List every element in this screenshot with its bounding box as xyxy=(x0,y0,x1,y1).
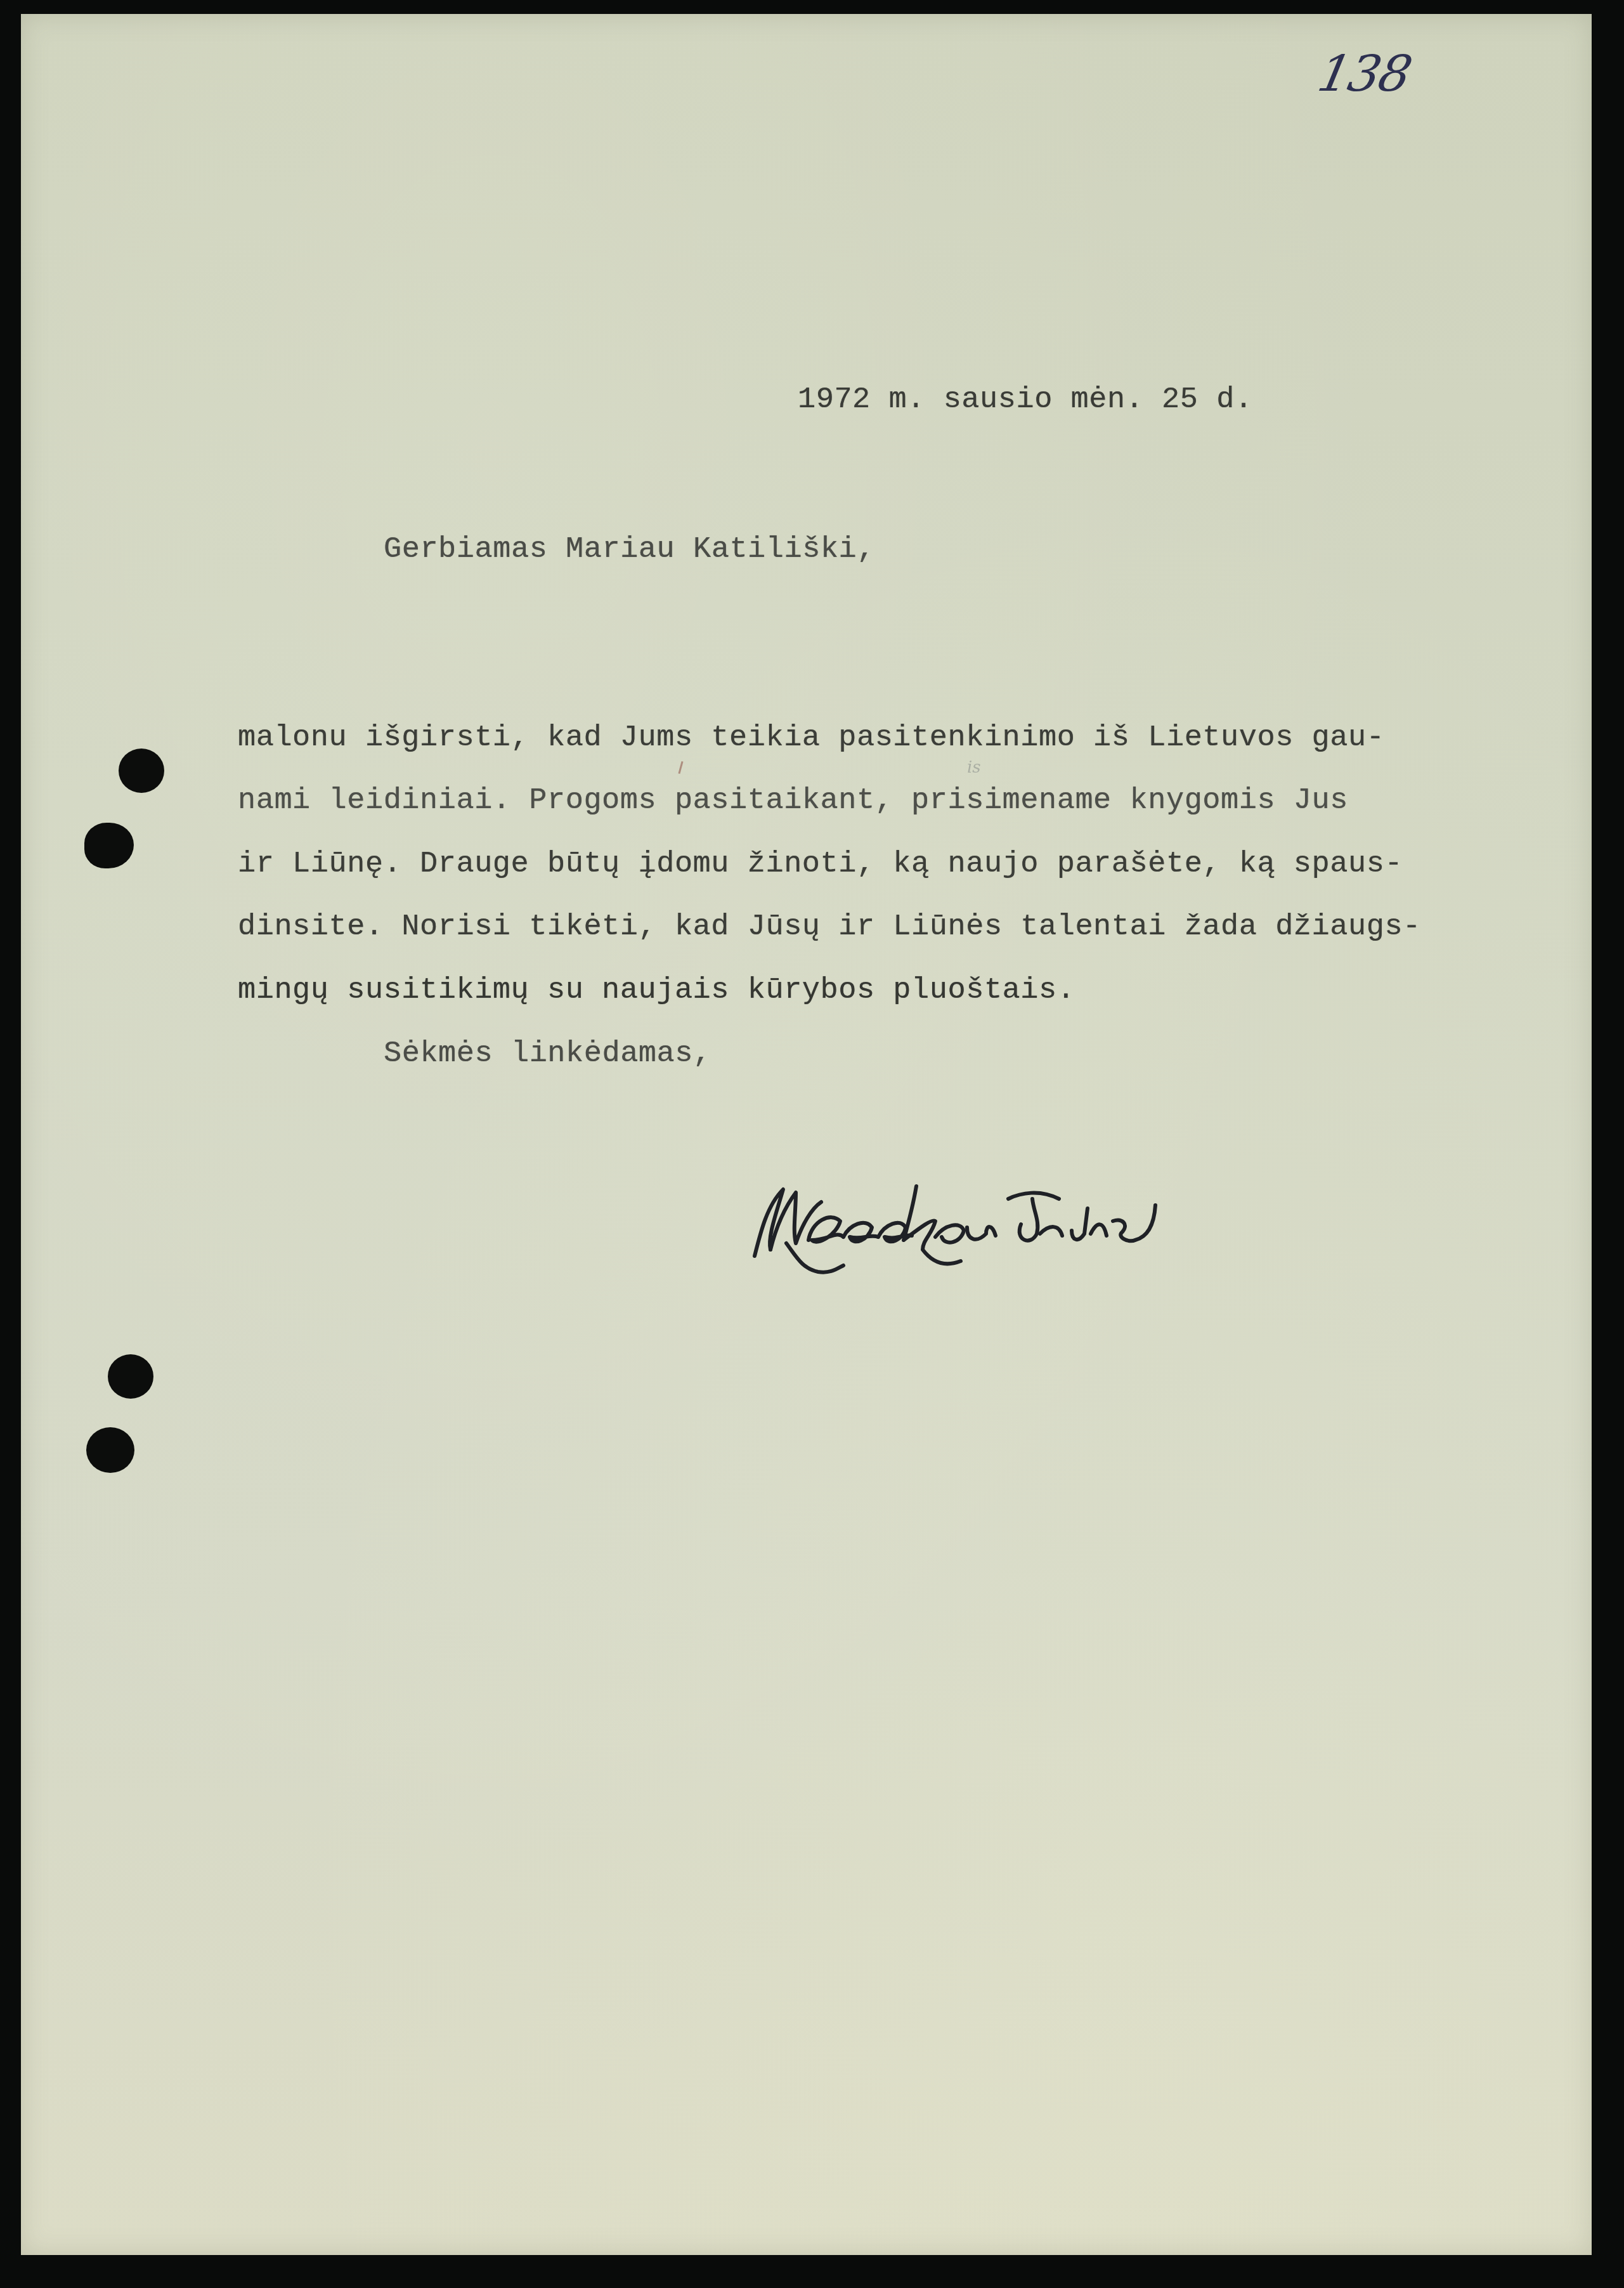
body-line: malonu išgirsti, kad Jums teikia pasiten… xyxy=(238,721,1384,755)
body-line: mingų susitikimų su naujais kūrybos pluo… xyxy=(238,974,1075,1007)
letter-closing: Sėkmės linkėdamas, xyxy=(384,1037,711,1071)
letter-date: 1972 m. sausio mėn. 25 d. xyxy=(798,383,1253,417)
scanned-document: 138 1972 m. sausio mėn. 25 d. Gerbiamas … xyxy=(0,0,1624,2288)
punch-hole xyxy=(86,1427,134,1473)
punch-hole xyxy=(119,749,164,793)
punch-hole xyxy=(108,1354,153,1399)
body-line: ir Liūnę. Drauge būtų įdomu žinoti, ką n… xyxy=(238,847,1403,881)
page-number: 138 xyxy=(1313,46,1415,103)
letter-salutation: Gerbiamas Mariau Katiliški, xyxy=(384,533,875,566)
signature xyxy=(742,1161,1300,1288)
letter-page xyxy=(21,14,1592,2255)
body-line: nami leidiniai. Progoms pasitaikant, pri… xyxy=(238,784,1348,818)
faint-pencil-annotation: is xyxy=(967,758,981,777)
body-line: dinsite. Norisi tikėti, kad Jūsų ir Liūn… xyxy=(238,910,1421,944)
